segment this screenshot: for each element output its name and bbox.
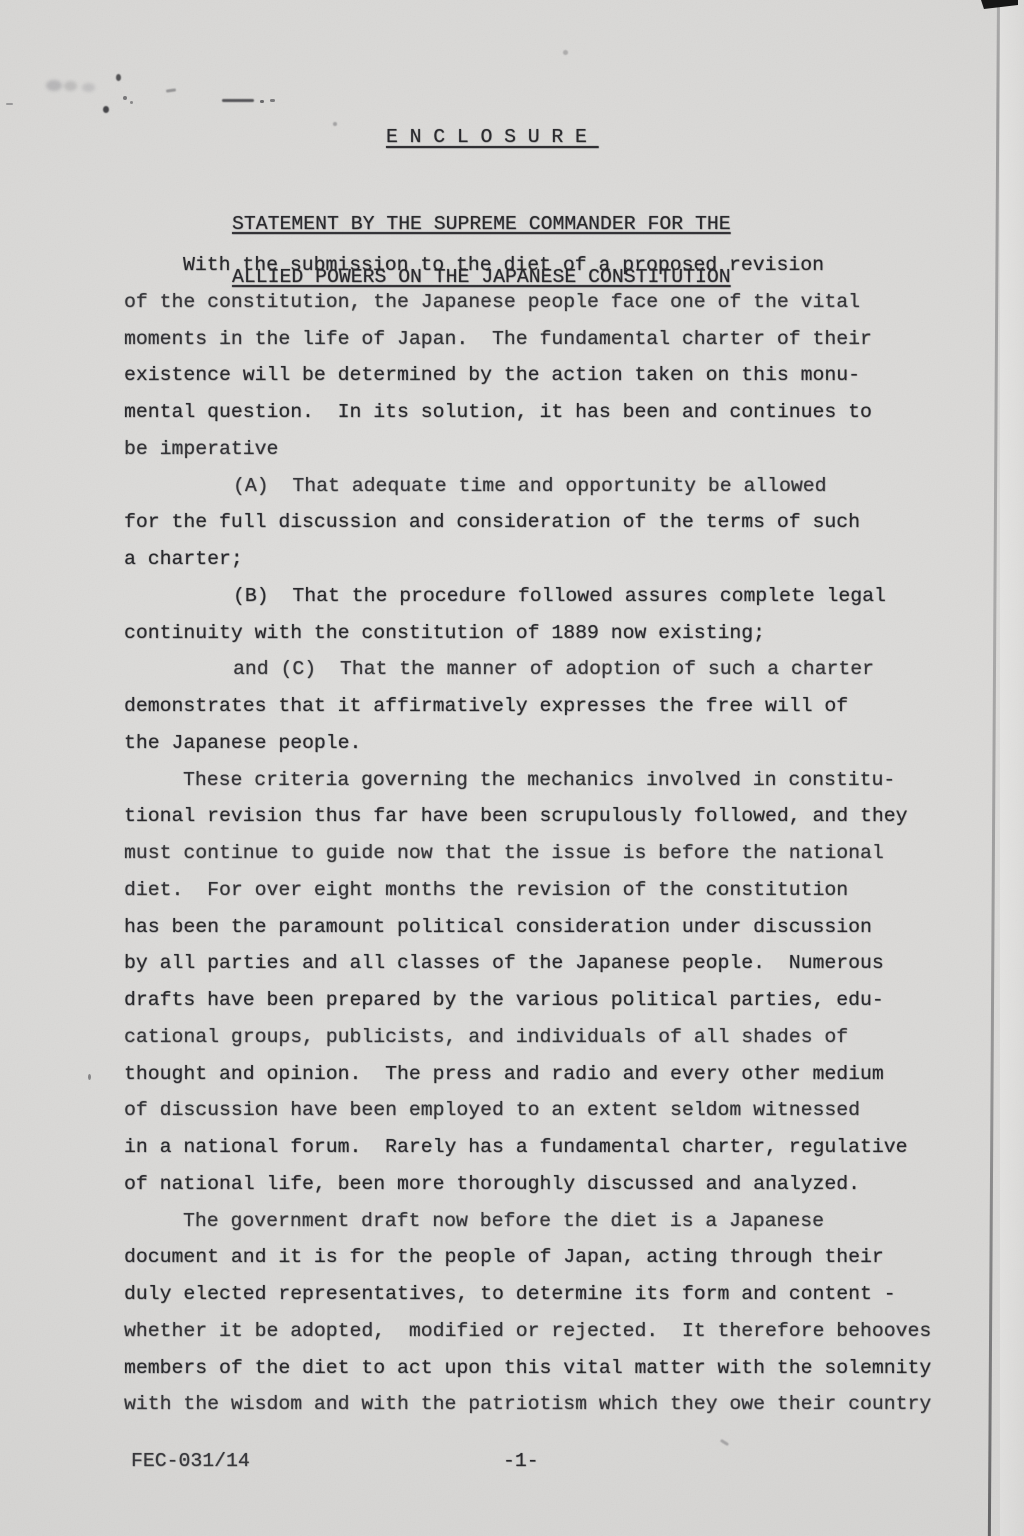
- document-number: FEC-031/14: [131, 1450, 250, 1472]
- body-line: (A) That adequate time and opportunity b…: [124, 468, 931, 505]
- body-line: the Japanese people.: [124, 725, 931, 762]
- ink-speck: [123, 96, 127, 100]
- body-line: tional revision thus far have been scrup…: [124, 798, 931, 835]
- pencil-smudge: [46, 80, 62, 91]
- body-line: With the submission to the diet of a pro…: [124, 247, 931, 284]
- body-line: for the full discussion and consideratio…: [124, 504, 931, 541]
- subtitle-line-1: STATEMENT BY THE SUPREME COMMANDER FOR T…: [232, 216, 731, 234]
- ink-speck: [88, 1074, 91, 1080]
- body-line: has been the paramount political conside…: [124, 909, 931, 946]
- pencil-dot: [270, 99, 275, 102]
- ink-speck: [563, 50, 568, 55]
- page-fold-line: [988, 0, 1000, 1536]
- pencil-dot: [260, 100, 264, 103]
- page-number: -1-: [503, 1450, 539, 1472]
- ink-speck: [116, 74, 121, 81]
- body-line: whether it be adopted, modified or rejec…: [124, 1313, 931, 1350]
- ink-speck: [333, 122, 337, 126]
- body-line: of the constitution, the Japanese people…: [124, 284, 931, 321]
- body-line: document and it is for the people of Jap…: [124, 1239, 931, 1276]
- body-line: existence will be determined by the acti…: [124, 357, 931, 394]
- body-line: These criteria governing the mechanics i…: [124, 762, 931, 799]
- body-line: mental question. In its solution, it has…: [124, 394, 931, 431]
- body-line: of discussion have been employed to an e…: [124, 1092, 931, 1129]
- ink-speck: [130, 101, 133, 104]
- body-line: duly elected representatives, to determi…: [124, 1276, 931, 1313]
- scanned-document-page: ENCLOSURE STATEMENT BY THE SUPREME COMMA…: [0, 0, 1024, 1536]
- pencil-smudge: [64, 81, 77, 91]
- body-line: diet. For over eight months the revision…: [124, 872, 931, 909]
- body-line: The government draft now before the diet…: [124, 1203, 931, 1240]
- body-line: (B) That the procedure followed assures …: [124, 578, 931, 615]
- document-body: With the submission to the diet of a pro…: [124, 247, 931, 1423]
- ink-speck: [6, 103, 13, 105]
- page-edge-highlight: [1000, 0, 1024, 1536]
- body-line: with the wisdom and with the patriotism …: [124, 1386, 931, 1423]
- body-line: moments in the life of Japan. The fundam…: [124, 321, 931, 358]
- body-line: of national life, been more thoroughly d…: [124, 1166, 931, 1203]
- body-line: members of the diet to act upon this vit…: [124, 1350, 931, 1387]
- body-line: and (C) That the manner of adoption of s…: [124, 651, 931, 688]
- body-line: a charter;: [124, 541, 931, 578]
- body-line: drafts have been prepared by the various…: [124, 982, 931, 1019]
- pencil-dash: [166, 88, 176, 92]
- body-line: must continue to guide now that the issu…: [124, 835, 931, 872]
- ink-speck: [720, 1439, 729, 1446]
- body-line: cational groups, publicists, and individ…: [124, 1019, 931, 1056]
- body-line: thought and opinion. The press and radio…: [124, 1056, 931, 1093]
- pencil-smudge: [82, 83, 95, 92]
- body-line: by all parties and all classes of the Ja…: [124, 945, 931, 982]
- body-line: be imperative: [124, 431, 931, 468]
- body-line: continuity with the constitution of 1889…: [124, 615, 931, 652]
- body-line: demonstrates that it affirmatively expre…: [124, 688, 931, 725]
- pencil-dash: [222, 99, 254, 102]
- ink-speck: [103, 106, 109, 113]
- body-line: in a national forum. Rarely has a fundam…: [124, 1129, 931, 1166]
- enclosure-title: ENCLOSURE: [386, 126, 599, 148]
